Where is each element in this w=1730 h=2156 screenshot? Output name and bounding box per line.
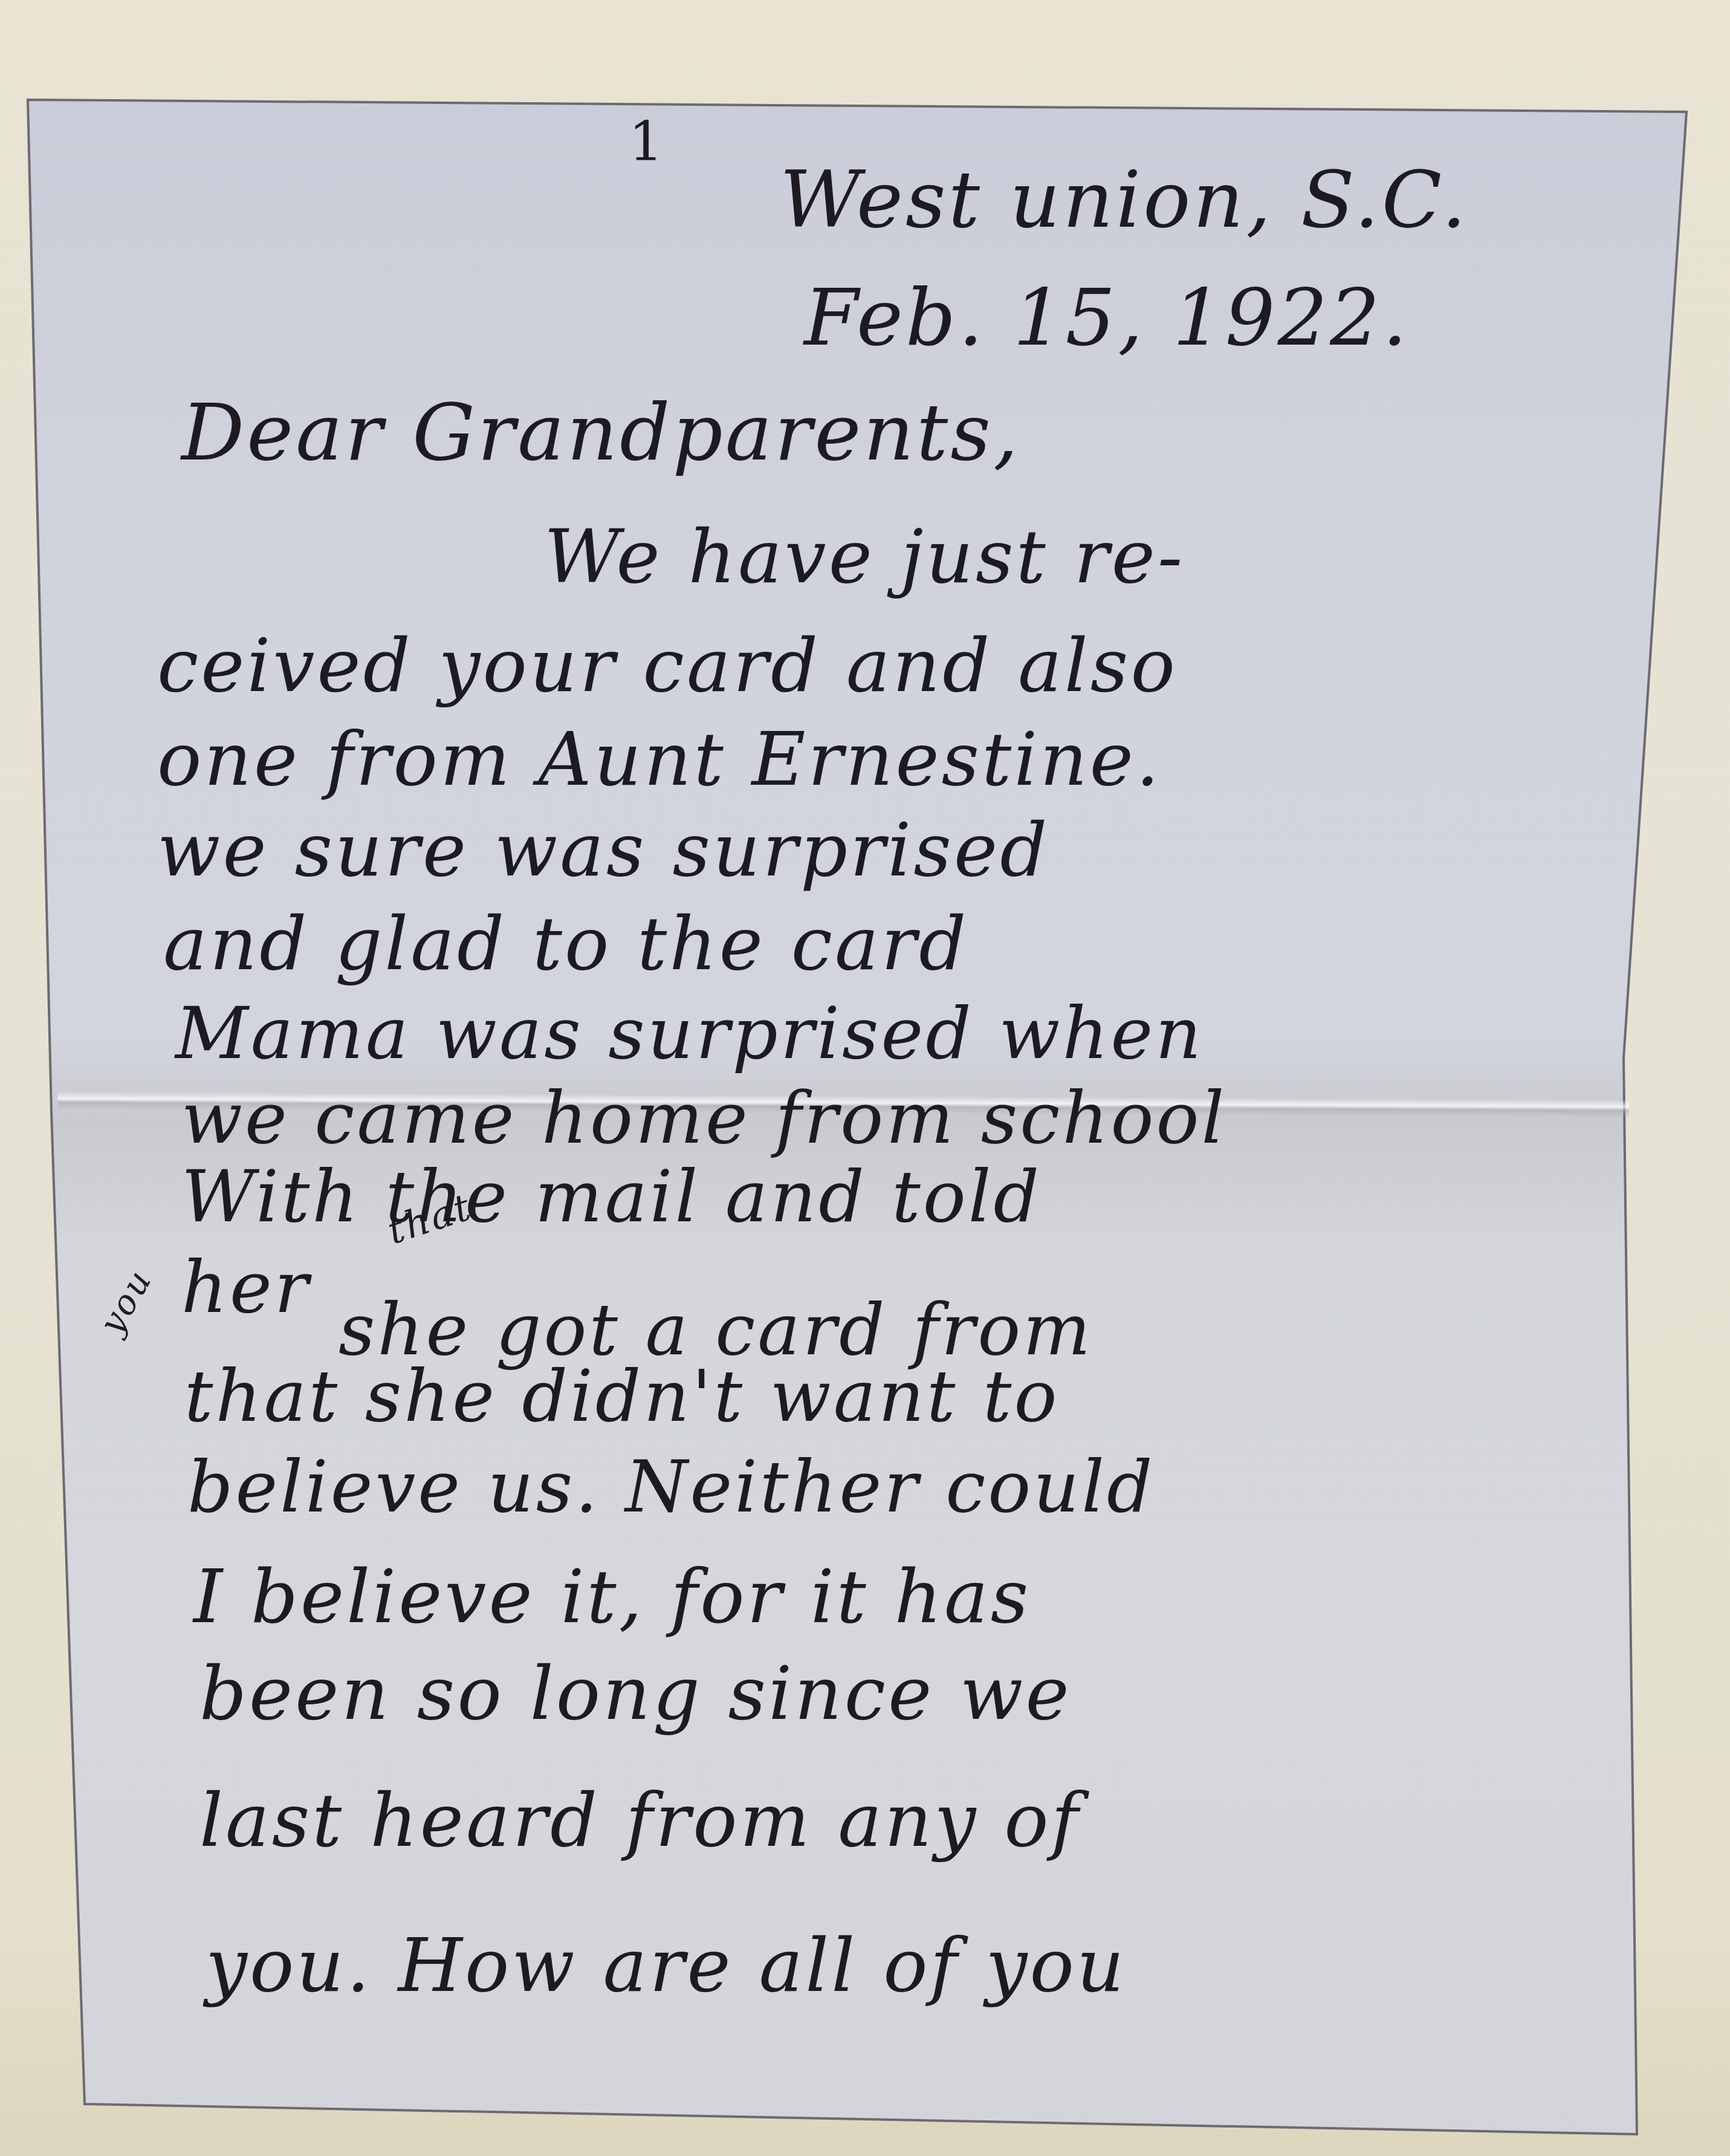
- letter-line: we came home from school: [181, 1082, 1226, 1154]
- letter-line: and glad to the card: [163, 907, 968, 981]
- letter-line: Mama was surprised when: [175, 998, 1204, 1069]
- letter-date: Feb. 15, 1922.: [804, 278, 1410, 357]
- letter-line: her: [181, 1252, 311, 1323]
- letter-line: we sure was surprised: [157, 813, 1049, 887]
- page-number: 1: [629, 115, 666, 169]
- letter-line: last heard from any of: [199, 1784, 1081, 1857]
- letter-line: I believe it, for it has: [193, 1560, 1031, 1634]
- letter-line: believe us. Neither could: [187, 1451, 1155, 1522]
- letter-line: ceived your card and also: [157, 629, 1178, 703]
- letter-line: you. How are all of you: [206, 1929, 1126, 2002]
- letter-line: that she didn't want to: [184, 1360, 1060, 1432]
- letter-photograph: 1 West union, S.C. Feb. 15, 1922. Dear G…: [0, 0, 1730, 2156]
- letter-line: one from Aunt Ernestine.: [157, 722, 1162, 796]
- letter-line: With the mail and told: [181, 1161, 1042, 1232]
- letter-line: We have just re-: [544, 520, 1185, 594]
- salutation: Dear Grandparents,: [181, 393, 1020, 472]
- letter-place: West union, S.C.: [780, 160, 1469, 239]
- letter-line: been so long since we: [199, 1657, 1072, 1730]
